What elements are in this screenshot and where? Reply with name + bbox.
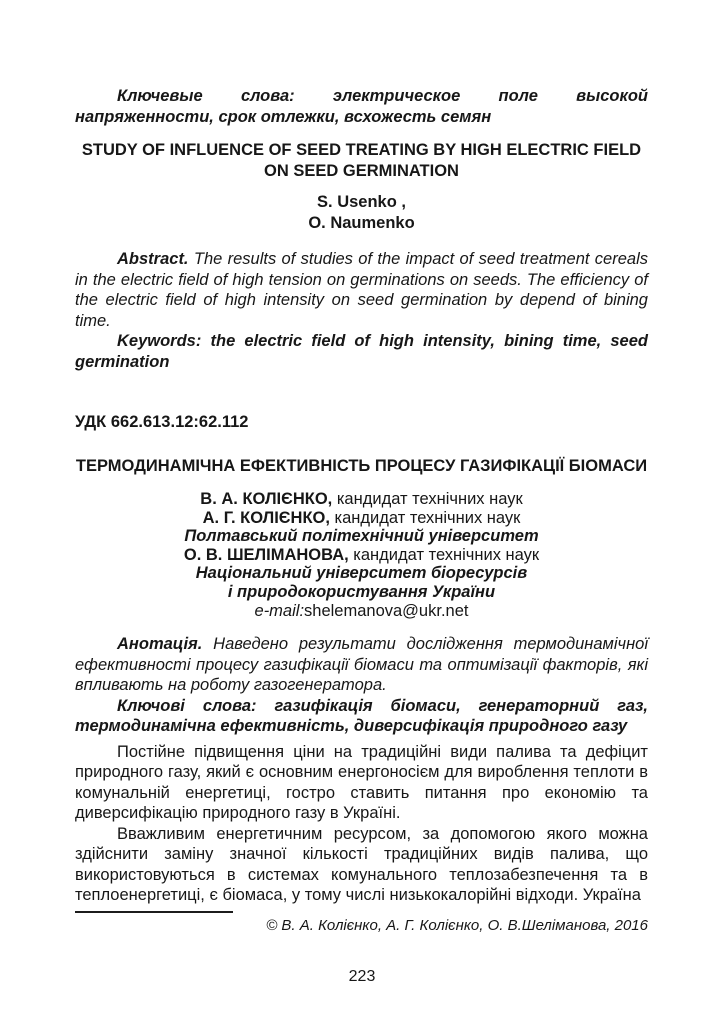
email-line: e-mail:shelemanova@ukr.net — [75, 602, 648, 621]
ukrainian-article-title: ТЕРМОДИНАМІЧНА ЕФЕКТИВНІСТЬ ПРОЦЕСУ ГАЗИ… — [75, 456, 648, 477]
author-line: О. В. ШЕЛІМАНОВА, кандидат технічних нау… — [75, 546, 648, 565]
author-degree: кандидат технічних наук — [349, 546, 539, 564]
anotation-label: Анотація. — [117, 635, 202, 653]
ukrainian-keywords-paragraph: Ключові слова: газифікація біомаси, гене… — [75, 696, 648, 737]
body-paragraph: Вважливим енергетичним ресурсом, за допо… — [75, 824, 648, 906]
scanned-paper-page: { "page": { "number": "223" }, "prev_art… — [0, 0, 724, 1024]
author-line: А. Г. КОЛІЄНКО, кандидат технічних наук — [75, 509, 648, 528]
author-degree: кандидат технічних наук — [330, 509, 520, 527]
udc-code: УДК 662.613.12:62.112 — [75, 412, 648, 433]
english-author-line: S. Usenko , — [75, 192, 648, 213]
author-name: А. Г. КОЛІЄНКО, — [203, 509, 330, 527]
author-degree: кандидат технічних наук — [332, 490, 522, 508]
copyright-line: © В. А. Колієнко, А. Г. Колієнко, О. В.Ш… — [75, 916, 648, 937]
abstract-label: Abstract. — [117, 250, 189, 268]
english-author-line: O. Naumenko — [75, 213, 648, 234]
english-keywords-paragraph: Keywords: the electric field of high int… — [75, 331, 648, 372]
author-name: В. А. КОЛІЄНКО, — [200, 490, 332, 508]
footnote-separator-rule — [75, 911, 233, 913]
english-authors-block: S. Usenko , O. Naumenko — [75, 192, 648, 233]
ru-keywords-paragraph: Ключевые слова: электрическое поле высок… — [75, 86, 648, 127]
author-name: О. В. ШЕЛІМАНОВА, — [184, 546, 349, 564]
page-number: 223 — [0, 968, 724, 986]
affiliation-line: Полтавський політехнічний університет — [75, 527, 648, 546]
english-article-title: STUDY OF INFLUENCE OF SEED TREATING BY H… — [75, 140, 648, 181]
author-line: В. А. КОЛІЄНКО, кандидат технічних наук — [75, 490, 648, 509]
affiliation-line: Національний університет біоресурсів — [75, 564, 648, 583]
page-content: Ключевые слова: электрическое поле высок… — [75, 86, 648, 936]
ukrainian-authors-block: В. А. КОЛІЄНКО, кандидат технічних наук … — [75, 490, 648, 620]
email-label: e-mail: — [255, 602, 305, 620]
email-address: shelemanova@ukr.net — [304, 602, 468, 620]
affiliation-line: і природокористування України — [75, 583, 648, 602]
ukrainian-abstract-paragraph: Анотація. Наведено результати дослідженн… — [75, 634, 648, 696]
body-paragraph: Постійне підвищення ціни на традиційні в… — [75, 742, 648, 824]
english-abstract-paragraph: Abstract. The results of studies of the … — [75, 249, 648, 331]
